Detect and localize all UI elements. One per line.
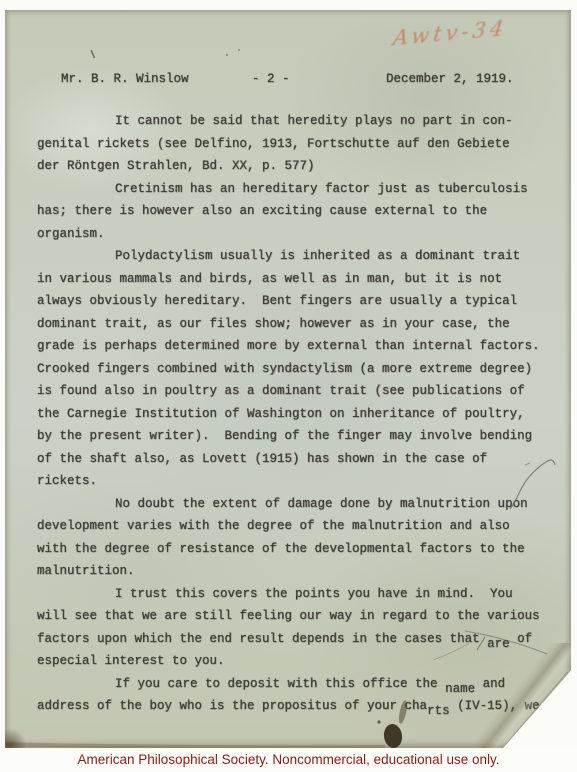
typed-line: by the present writer). Bending of the f… — [37, 425, 557, 448]
stray-tick-mark — [91, 50, 95, 58]
bottom-edge-shadow — [5, 744, 385, 747]
letter-body: It cannot be said that heredity plays no… — [37, 110, 557, 718]
recipient-name: Mr. B. R. Winslow — [61, 72, 189, 86]
typed-segment: rts — [427, 704, 450, 718]
archival-handwriting: Awtv-34 — [392, 10, 574, 50]
corner-fold-shade — [476, 643, 571, 748]
typed-line: Crooked fingers combined with syndactyli… — [37, 358, 557, 381]
typed-line: I trust this covers the points you have … — [37, 583, 557, 606]
page-number: - 2 - — [252, 72, 290, 86]
typed-line: No doubt the extent of damage done by ma… — [37, 493, 557, 516]
typed-line: malnutrition. — [37, 560, 557, 583]
credit-line: American Philosophical Society. Noncomme… — [0, 750, 577, 772]
stray-dot-mark — [226, 54, 228, 56]
typed-line: will see that we are still feeling our w… — [37, 605, 557, 628]
typed-line: with the degree of resistance of the dev… — [37, 538, 557, 561]
typed-segment: address of the boy who is the propositus… — [37, 699, 427, 713]
typed-line: the Carnegie Institution of Washington o… — [37, 403, 557, 426]
typed-line: It cannot be said that heredity plays no… — [37, 110, 557, 133]
typed-line: Polydactylism usually is inherited as a … — [37, 245, 557, 268]
letter-date: December 2, 1919. — [386, 72, 514, 86]
typed-line: rickets. — [37, 470, 557, 493]
typed-line: of the shaft also, as Lovett (1915) has … — [37, 448, 557, 471]
typed-segment: If you care to deposit with this office … — [115, 677, 445, 691]
typed-line: Cretinism has an hereditary factor just … — [37, 178, 557, 201]
typed-line: dominant trait, as our files show; howev… — [37, 313, 557, 336]
typed-line: grade is perhaps determined more by exte… — [37, 335, 557, 358]
ink-dot-mark — [377, 720, 380, 723]
typed-line: has; there is however also an exciting c… — [37, 200, 557, 223]
corner-shadow-blot — [5, 728, 27, 748]
letter-header: Mr. B. R. Winslow - 2 - December 2, 1919… — [5, 72, 571, 92]
ink-blot-mark — [382, 723, 403, 748]
typed-line: always obviously hereditary. Bent finger… — [37, 290, 557, 313]
stray-dot-mark — [238, 49, 240, 51]
typed-line: in various mammals and birds, as well as… — [37, 268, 557, 291]
typed-line: development varies with the degree of th… — [37, 515, 557, 538]
scanned-letter-page: Awtv-34 Mr. B. R. Winslow - 2 - December… — [0, 0, 577, 772]
typed-segment: factors upon which the end result depend… — [37, 632, 487, 646]
typed-line: genital rickets (see Delfino, 1913, Fort… — [37, 133, 557, 156]
typed-line: der Röntgen Strahlen, Bd. XX, p. 577) — [37, 155, 557, 178]
typed-line: organism. — [37, 223, 557, 246]
typed-segment: name — [445, 682, 475, 696]
letter-paper: Awtv-34 Mr. B. R. Winslow - 2 - December… — [5, 10, 571, 748]
typed-line: is found also in poultry as a dominant t… — [37, 380, 557, 403]
